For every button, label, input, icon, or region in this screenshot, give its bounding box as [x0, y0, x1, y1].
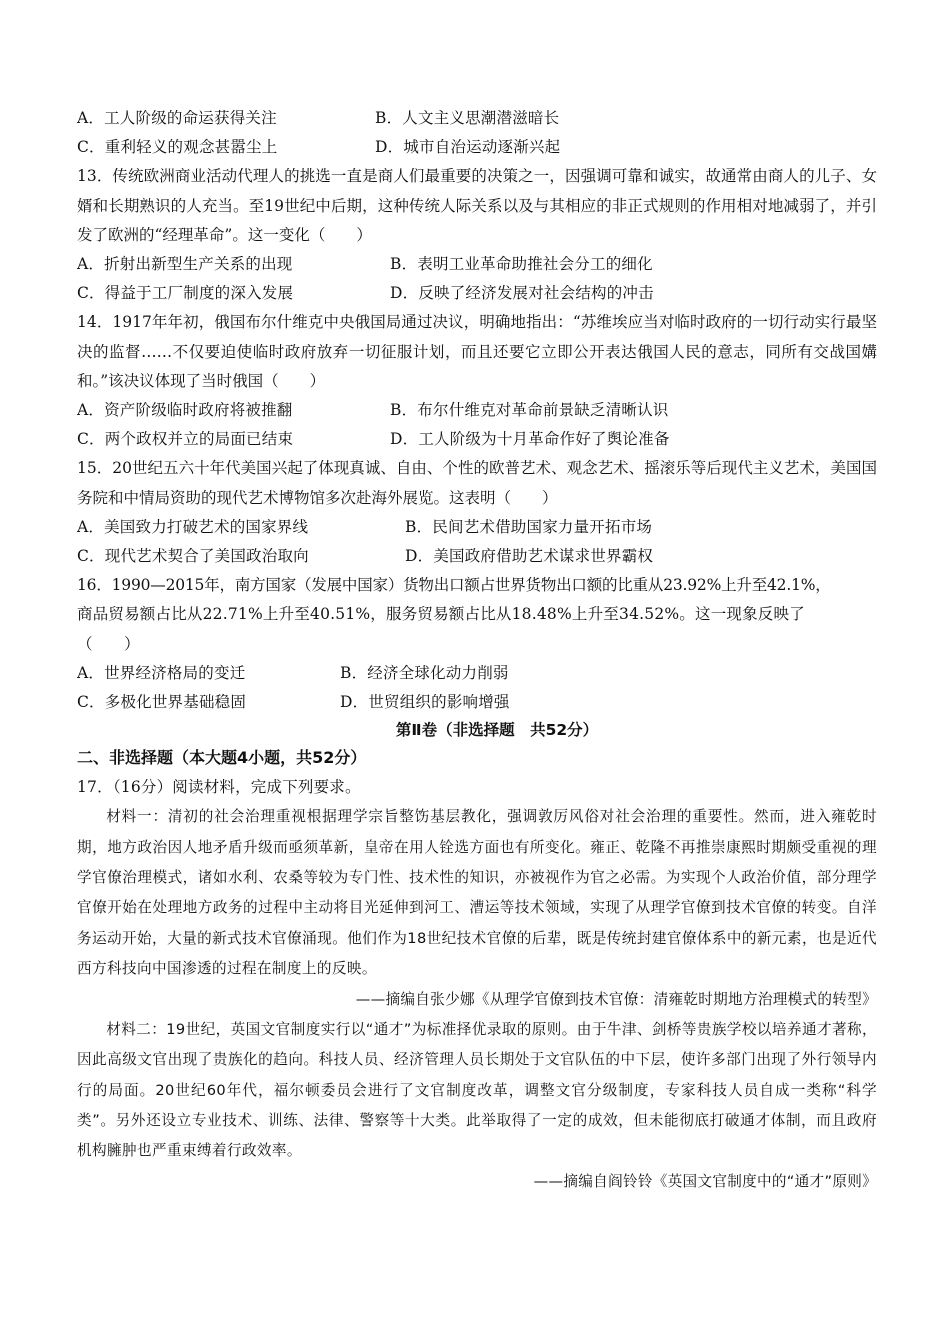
q16-option-a[interactable]: A．世界经济格局的变迁: [77, 659, 340, 688]
q12-option-c[interactable]: C．重利轻义的观念甚嚣尘上: [77, 133, 375, 162]
q14-option-c[interactable]: C．两个政权并立的局面已结束: [77, 425, 390, 454]
q14-option-a[interactable]: A．资产阶级临时政府将被推翻: [77, 396, 390, 425]
q13-options-row2: C．得益于工厂制度的深入发展 D．反映了经济发展对社会结构的冲击: [77, 279, 877, 308]
q16-options-row1: A．世界经济格局的变迁 B．经济全球化动力削弱: [77, 659, 877, 688]
q15-option-b[interactable]: B．民间艺术借助国家力量开拓市场: [405, 513, 652, 542]
q16-option-c[interactable]: C．多极化世界基础稳固: [77, 688, 340, 717]
part2-title: 第Ⅱ卷（非选择题 共52分）: [117, 717, 877, 743]
q14-stem: 14．1917年年初，俄国布尔什维克中央俄国局通过决议，明确地指出：“苏维埃应当…: [77, 308, 877, 396]
q12-options-row1: A．工人阶级的命运获得关注 B．人文主义思潮潜滋暗长: [77, 104, 877, 133]
section-title: 二、非选择题（本大题4小题，共52分）: [77, 743, 877, 773]
q13-option-d[interactable]: D．反映了经济发展对社会结构的冲击: [390, 279, 654, 308]
q17-material-1: 材料一：清初的社会治理重视根据理学宗旨整饬基层教化，强调敦厉风俗对社会治理的重要…: [77, 802, 877, 984]
q15-options-row1: A．美国致力打破艺术的国家界线 B．民间艺术借助国家力量开拓市场: [77, 513, 877, 542]
q12-option-b[interactable]: B．人文主义思潮潜滋暗长: [375, 104, 559, 133]
q13-options-row1: A．折射出新型生产关系的出现 B．表明工业革命助推社会分工的细化: [77, 250, 877, 279]
exam-page: A．工人阶级的命运获得关注 B．人文主义思潮潜滋暗长 C．重利轻义的观念甚嚣尘上…: [77, 104, 877, 1197]
q13-option-b[interactable]: B．表明工业革命助推社会分工的细化: [390, 250, 653, 279]
q16-options-row2: C．多极化世界基础稳固 D．世贸组织的影响增强: [77, 688, 877, 717]
q17-source-1: ——摘编自张少娜《从理学官僚到技术官僚：清雍乾时期地方治理模式的转型》: [77, 985, 877, 1015]
q13-option-a[interactable]: A．折射出新型生产关系的出现: [77, 250, 390, 279]
q12-option-d[interactable]: D．城市自治运动逐渐兴起: [375, 133, 560, 162]
q16-option-d[interactable]: D．世贸组织的影响增强: [340, 688, 510, 717]
q14-option-d[interactable]: D．工人阶级为十月革命作好了舆论准备: [390, 425, 670, 454]
q14-options-row2: C．两个政权并立的局面已结束 D．工人阶级为十月革命作好了舆论准备: [77, 425, 877, 454]
q14-option-b[interactable]: B．布尔什维克对革命前景缺乏清晰认识: [390, 396, 669, 425]
q15-option-c[interactable]: C．现代艺术契合了美国政治取向: [77, 542, 405, 571]
q15-option-d[interactable]: D．美国政府借助艺术谋求世界霸权: [405, 542, 653, 571]
q15-option-a[interactable]: A．美国致力打破艺术的国家界线: [77, 513, 405, 542]
q13-option-c[interactable]: C．得益于工厂制度的深入发展: [77, 279, 390, 308]
q13-stem: 13．传统欧洲商业活动代理人的挑选一直是商人们最重要的决策之一，因强调可靠和诚实…: [77, 162, 877, 250]
q16-stem-line3: （ ）: [77, 630, 877, 659]
q14-options-row1: A．资产阶级临时政府将被推翻 B．布尔什维克对革命前景缺乏清晰认识: [77, 396, 877, 425]
q16-stem-line1: 16．1990—2015年，南方国家（发展中国家）货物出口额占世界货物出口额的比…: [77, 571, 877, 600]
q17-material-2: 材料二：19世纪，英国文官制度实行以“通才”为标准择优录取的原则。由于牛津、剑桥…: [77, 1015, 877, 1167]
q15-stem: 15．20世纪五六十年代美国兴起了体现真诚、自由、个性的欧普艺术、观念艺术、摇滚…: [77, 454, 877, 512]
q12-option-a[interactable]: A．工人阶级的命运获得关注: [77, 104, 375, 133]
q12-options-row2: C．重利轻义的观念甚嚣尘上 D．城市自治运动逐渐兴起: [77, 133, 877, 162]
q17-source-2: ——摘编自阎铃铃《英国文官制度中的“通才”原则》: [77, 1167, 877, 1197]
q17-stem: 17．（16分）阅读材料，完成下列要求。: [77, 773, 877, 802]
q15-options-row2: C．现代艺术契合了美国政治取向 D．美国政府借助艺术谋求世界霸权: [77, 542, 877, 571]
q16-option-b[interactable]: B．经济全球化动力削弱: [340, 659, 509, 688]
q16-stem-line2: 商品贸易额占比从22.71%上升至40.51%，服务贸易额占比从18.48%上升…: [77, 600, 877, 629]
